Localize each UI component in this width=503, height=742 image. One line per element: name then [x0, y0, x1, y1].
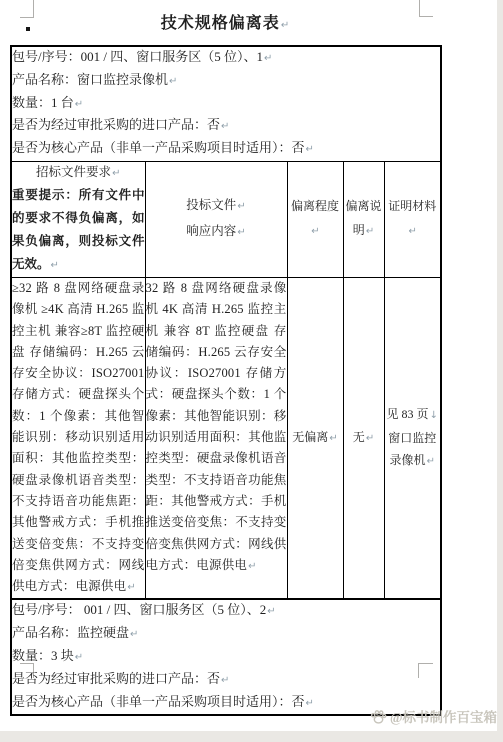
product-info-row-2: 包号/序号： 001 / 四、窗口服务区（5 位）、2↵ 产品名称：监控硬盘↵ …	[11, 599, 441, 715]
paragraph-mark-icon: ↵	[129, 629, 138, 640]
watermark-text: @标书制作百宝箱	[390, 706, 497, 726]
product-info-cell-1: 包号/序号：001 / 四、窗口服务区（5 位）、1↵ 产品名称：窗口监控录像机…	[11, 46, 441, 161]
package-number-text: 包号/序号：001 / 四、窗口服务区（5 位）、1	[12, 49, 263, 64]
cell-bid-response: 32 路 8 盘网络硬盘录像机 4K 高清 H.265 监控主机 兼容 8T 监…	[145, 277, 287, 599]
document-title: 技术规格偏离表↵	[10, 10, 440, 33]
header-response-line2: 响应内容↵	[146, 219, 287, 245]
line-break-mark-icon: ↓	[429, 410, 438, 421]
product-info-row-1: 包号/序号：001 / 四、窗口服务区（5 位）、1↵ 产品名称：窗口监控录像机…	[11, 46, 441, 161]
paragraph-mark-icon: ↵	[74, 99, 83, 110]
header-requirement-title: 招标文件要求↵	[12, 162, 145, 184]
header-deviation-degree-text: 偏离程度	[291, 199, 339, 213]
paragraph-mark-icon: ↵	[247, 561, 256, 572]
paragraph-mark-icon: ↵	[280, 20, 289, 31]
package-number-line: 包号/序号： 001 / 四、窗口服务区（5 位）、2↵	[12, 600, 440, 623]
paragraph-mark-icon: ↵	[426, 456, 435, 467]
paragraph-mark-icon: ↵	[236, 227, 245, 238]
cell-deviation-note: 无↵	[343, 277, 384, 599]
table-header-row: 招标文件要求↵ 重要提示：所有文件中的要求不得负偏离，如果负偏离，则投标文件无效…	[11, 161, 441, 277]
quantity-line: 数量：3 块↵	[12, 646, 440, 669]
header-cell-response: 投标文件↵ 响应内容↵	[145, 161, 287, 277]
paragraph-mark-icon: ↵	[126, 582, 135, 593]
imported-product-text: 是否为经过审批采购的进口产品：否	[12, 117, 220, 132]
header-deviation-note-text: 偏离说明	[345, 199, 381, 237]
deviation-degree-value-text: 无偏离	[292, 430, 328, 444]
bid-requirement-text: ≥32 路 8 盘网络硬盘录像机 ≥4K 高清 H.265 监控主机 兼容≥8T…	[12, 281, 145, 593]
product-name-line: 产品名称：窗口监控录像机↵	[12, 70, 440, 93]
header-important-note-text: 重要提示：所有文件中的要求不得负偏离，如果负偏离，则投标文件无效。	[12, 188, 145, 271]
imported-product-text: 是否为经过审批采购的进口产品：否	[12, 671, 220, 686]
word-page: 技术规格偏离表↵ 包号/序号：001 / 四、窗口服务区（5 位）、1↵ 产品名…	[0, 0, 497, 731]
deviation-note-value-text: 无	[353, 430, 365, 444]
deviation-note-value: 无↵	[344, 426, 384, 450]
core-product-text: 是否为核心产品（非单一产品采购项目时适用）：否	[12, 140, 305, 155]
paragraph-mark-icon: ↵	[74, 652, 83, 663]
evidence-page-text: 见 83 页	[387, 407, 429, 421]
watermark: @标书制作百宝箱	[370, 706, 497, 726]
header-cell-deviation-note: 偏离说明↵	[343, 161, 384, 277]
cell-bid-requirement: ≥32 路 8 盘网络硬盘录像机 ≥4K 高清 H.265 监控主机 兼容≥8T…	[11, 277, 145, 599]
paragraph-mark-icon: ↵	[305, 144, 314, 155]
header-cell-deviation-degree: 偏离程度↵	[287, 161, 343, 277]
evidence-page-line: 见 83 页↓	[385, 403, 441, 427]
paragraph-mark-icon: ↵	[365, 226, 374, 237]
package-number-line: 包号/序号：001 / 四、窗口服务区（5 位）、1↵	[12, 47, 440, 70]
deviation-degree-value: 无偏离↵	[288, 426, 343, 450]
product-name-text: 产品名称：监控硬盘	[12, 625, 129, 640]
header-requirement-title-text: 招标文件要求	[36, 165, 111, 179]
deviation-table: 包号/序号：001 / 四、窗口服务区（5 位）、1↵ 产品名称：窗口监控录像机…	[10, 45, 442, 716]
paragraph-mark-icon: ↵	[365, 433, 374, 444]
cell-deviation-degree: 无偏离↵	[287, 277, 343, 599]
evidence-product-line: 窗口监控录像机↵	[385, 427, 441, 473]
header-important-note: 重要提示：所有文件中的要求不得负偏离，如果负偏离，则投标文件无效。↵	[12, 184, 145, 277]
quantity-line: 数量：1 台↵	[12, 93, 440, 116]
imported-product-line: 是否为经过审批采购的进口产品：否↵	[12, 669, 440, 692]
header-response-line2-text: 响应内容	[186, 224, 236, 238]
document-title-text: 技术规格偏离表	[161, 15, 280, 32]
header-cell-requirement: 招标文件要求↵ 重要提示：所有文件中的要求不得负偏离，如果负偏离，则投标文件无效…	[11, 161, 145, 277]
header-response-line1-text: 投标文件	[186, 198, 236, 212]
package-number-text: 包号/序号： 001 / 四、窗口服务区（5 位）、2	[12, 602, 266, 617]
cell-evidence: 见 83 页↓ 窗口监控录像机↵	[384, 277, 441, 599]
product-name-text: 产品名称：窗口监控录像机	[12, 72, 168, 87]
paragraph-mark-icon: ↵	[305, 698, 314, 709]
paragraph-mark-icon: ↵	[263, 53, 272, 64]
paw-icon	[370, 708, 387, 725]
paragraph-mark-icon: ↵	[310, 226, 319, 237]
core-product-text: 是否为核心产品（非单一产品采购项目时适用）：否	[12, 694, 305, 709]
paragraph-mark-icon: ↵	[168, 76, 177, 87]
paragraph-mark-icon: ↵	[236, 201, 245, 212]
header-evidence-text: 证明材料	[388, 199, 436, 213]
imported-product-line: 是否为经过审批采购的进口产品：否↵	[12, 115, 440, 138]
bid-response-text: 32 路 8 盘网络硬盘录像机 4K 高清 H.265 监控主机 兼容 8T 监…	[146, 281, 287, 572]
paragraph-mark-icon: ↵	[111, 168, 120, 179]
paragraph-mark-icon: ↵	[220, 675, 229, 686]
table-body-row: ≥32 路 8 盘网络硬盘录像机 ≥4K 高清 H.265 监控主机 兼容≥8T…	[11, 277, 441, 599]
paragraph-mark-icon: ↵	[50, 260, 59, 271]
product-info-cell-2: 包号/序号： 001 / 四、窗口服务区（5 位）、2↵ 产品名称：监控硬盘↵ …	[11, 599, 441, 715]
core-product-line: 是否为核心产品（非单一产品采购项目时适用）：否↵	[12, 138, 440, 161]
paragraph-mark-icon: ↵	[266, 606, 275, 617]
quantity-text: 数量：1 台	[12, 95, 74, 110]
paragraph-mark-icon: ↵	[408, 226, 417, 237]
document-canvas: 技术规格偏离表↵ 包号/序号：001 / 四、窗口服务区（5 位）、1↵ 产品名…	[0, 0, 503, 742]
header-cell-evidence: 证明材料↵	[384, 161, 441, 277]
paragraph-mark-icon: ↵	[328, 433, 337, 444]
paragraph-mark-icon: ↵	[220, 121, 229, 132]
quantity-text: 数量：3 块	[12, 648, 74, 663]
header-response-line1: 投标文件↵	[146, 193, 287, 219]
product-name-line: 产品名称：监控硬盘↵	[12, 623, 440, 646]
